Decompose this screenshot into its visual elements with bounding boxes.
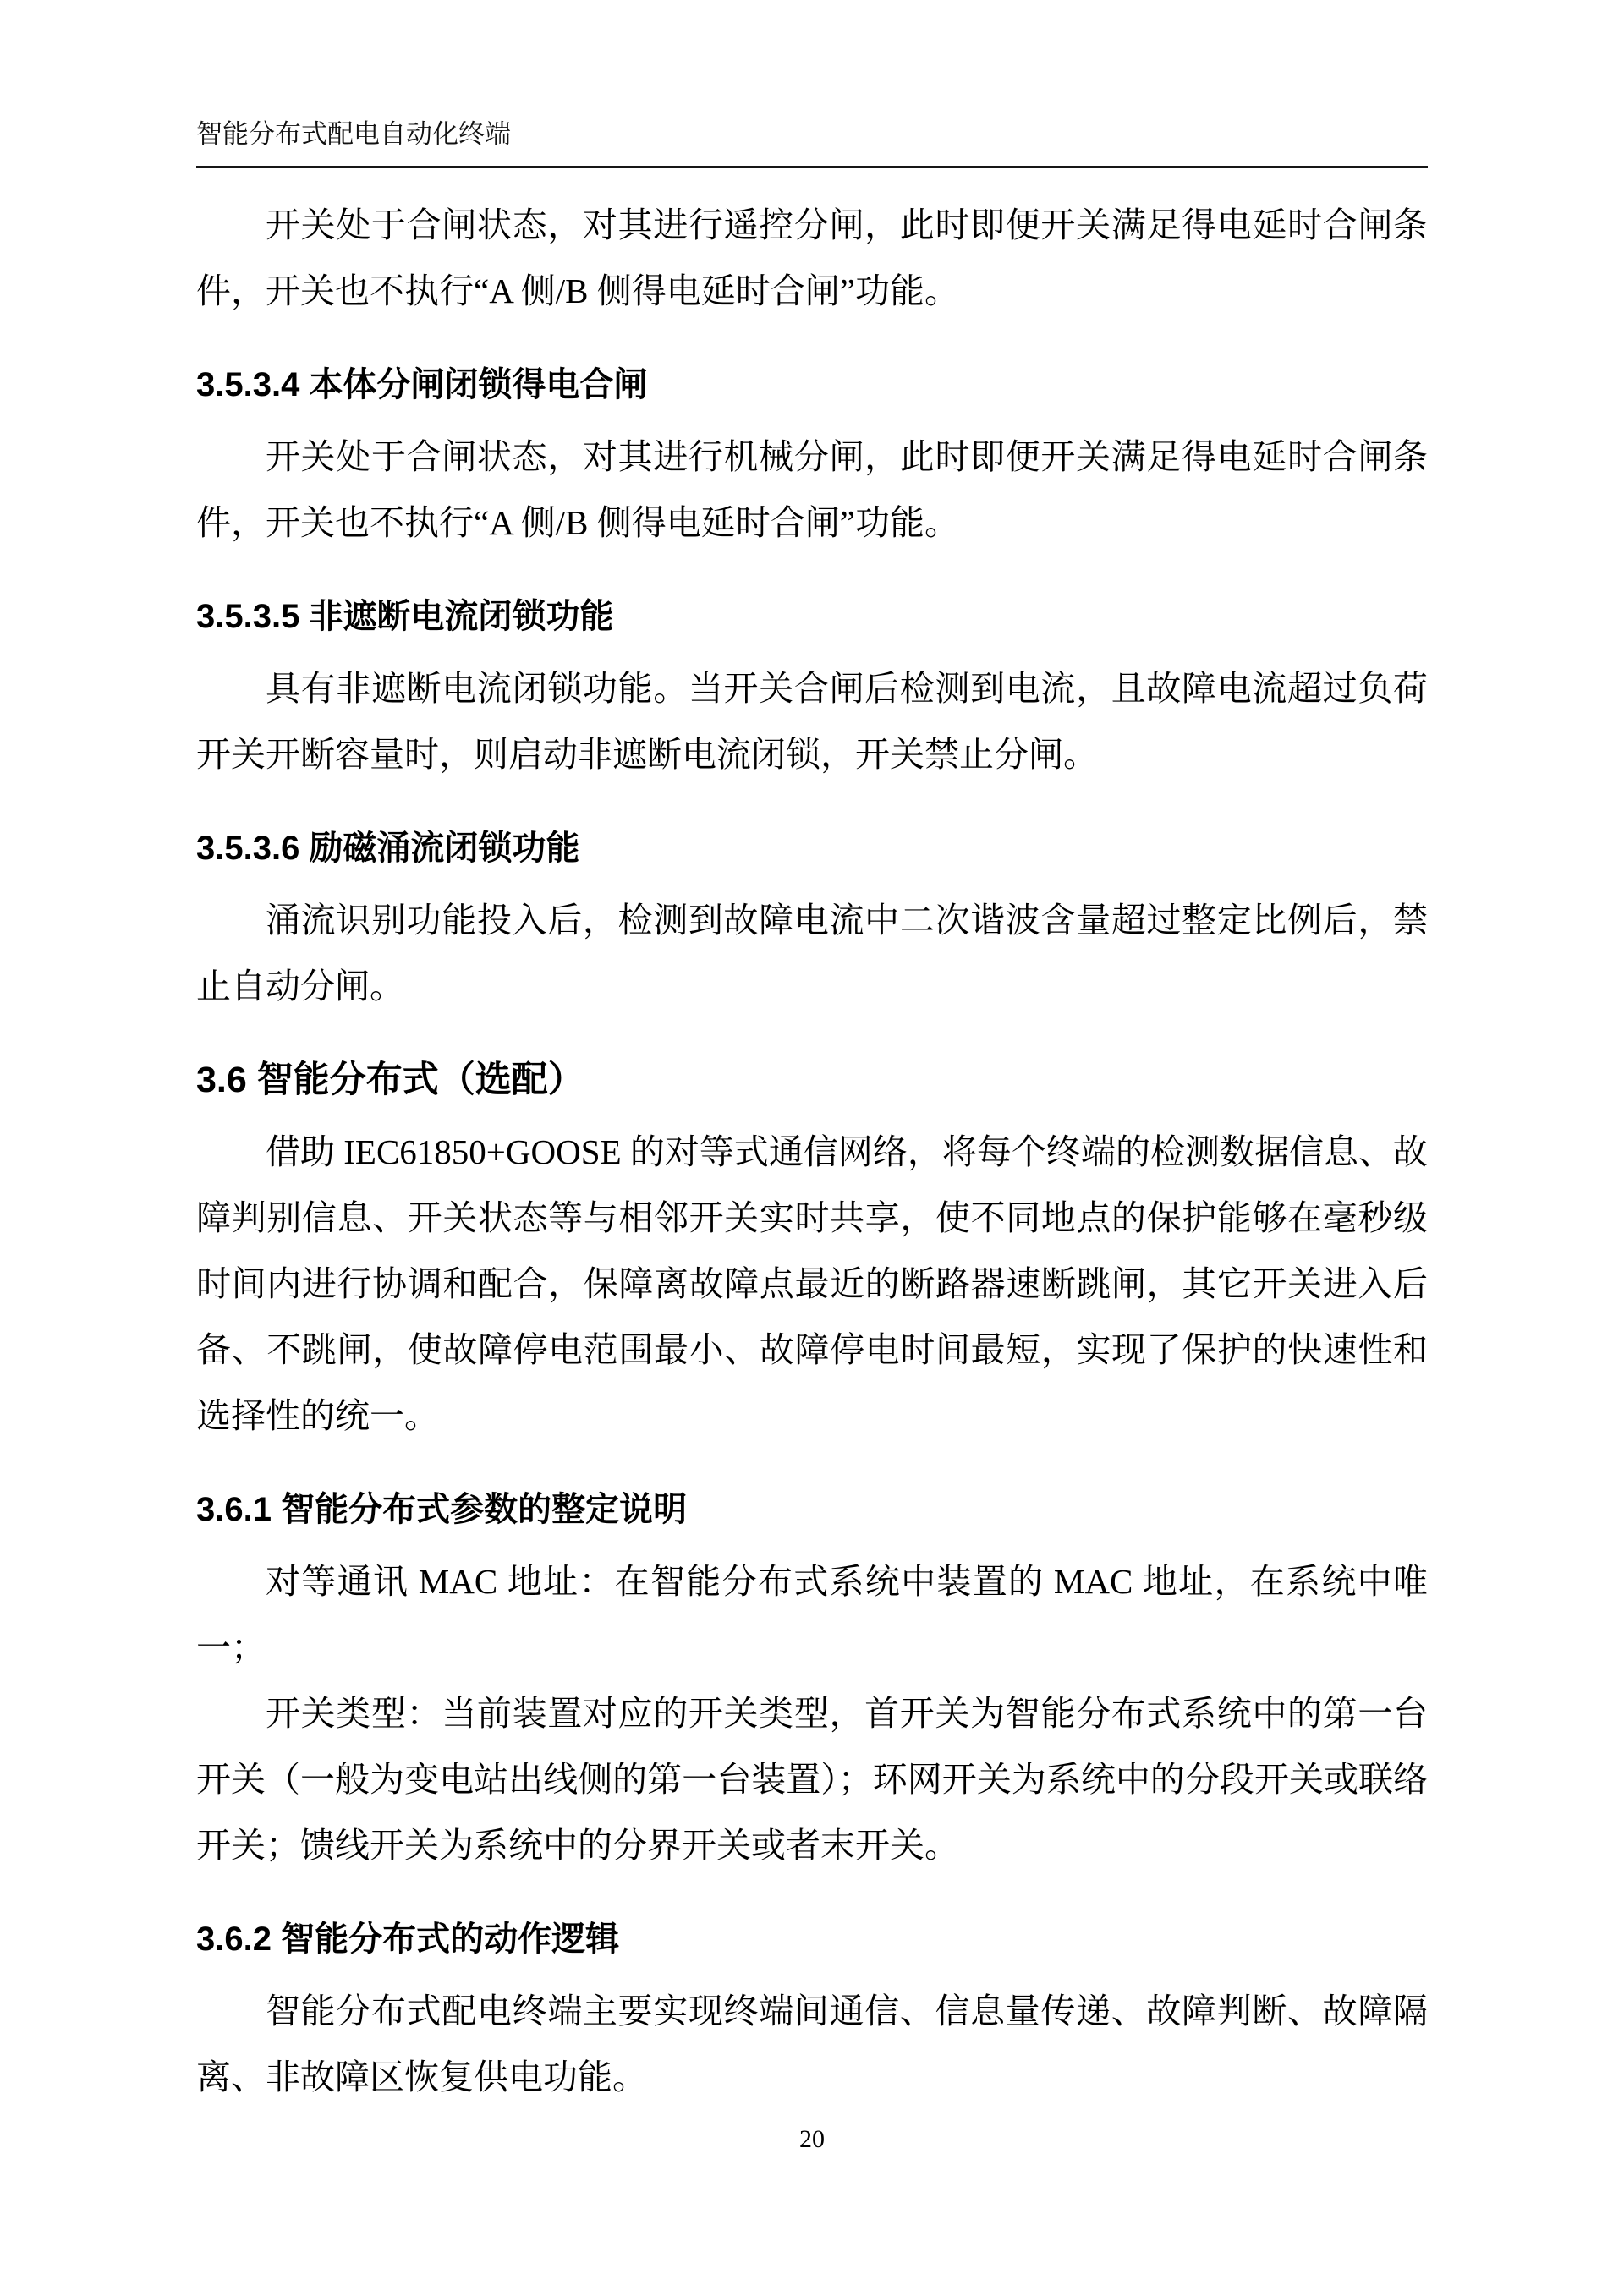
- paragraph-mac-address-setting: 对等通讯 MAC 地址：在智能分布式系统中装置的 MAC 地址，在系统中唯一；: [196, 1548, 1428, 1680]
- section-heading-3-5-3-6: 3.5.3.6 励磁涌流闭锁功能: [196, 821, 1428, 875]
- paragraph-goose-network-description: 借助 IEC61850+GOOSE 的对等式通信网络，将每个终端的检测数据信息、…: [196, 1119, 1428, 1449]
- section-heading-3-5-3-5: 3.5.3.5 非遮断电流闭锁功能: [196, 589, 1428, 644]
- page-content: 智能分布式配电自动化终端 开关处于合闸状态，对其进行遥控分闸，此时即便开关满足得…: [196, 117, 1428, 2110]
- page-header: 智能分布式配电自动化终端: [196, 117, 1428, 168]
- section-heading-3-6-1: 3.6.1 智能分布式参数的整定说明: [196, 1482, 1428, 1537]
- paragraph-switch-type-setting: 开关类型：当前装置对应的开关类型，首开关为智能分布式系统中的第一台开关（一般为变…: [196, 1680, 1428, 1878]
- section-heading-3-6-2: 3.6.2 智能分布式的动作逻辑: [196, 1912, 1428, 1966]
- paragraph-mechanical-trip-lockout: 开关处于合闸状态，对其进行机械分闸，此时即便开关满足得电延时合闸条件，开关也不执…: [196, 424, 1428, 556]
- paragraph-remote-trip-lockout: 开关处于合闸状态，对其进行遥控分闸，此时即便开关满足得电延时合闸条件，开关也不执…: [196, 192, 1428, 324]
- page-number: 20: [0, 2125, 1624, 2154]
- paragraph-inrush-current-lockout: 涌流识别功能投入后，检测到故障电流中二次谐波含量超过整定比例后，禁止自动分闸。: [196, 887, 1428, 1019]
- paragraph-non-breaking-current-lockout: 具有非遮断电流闭锁功能。当开关合闸后检测到电流，且故障电流超过负荷开关开断容量时…: [196, 655, 1428, 787]
- document-page: 智能分布式配电自动化终端 开关处于合闸状态，对其进行遥控分闸，此时即便开关满足得…: [0, 0, 1624, 2296]
- paragraph-action-logic: 智能分布式配电终端主要实现终端间通信、信息量传递、故障判断、故障隔离、非故障区恢…: [196, 1978, 1428, 2110]
- section-heading-3-6: 3.6 智能分布式（选配）: [196, 1053, 1428, 1107]
- header-title: 智能分布式配电自动化终端: [196, 119, 511, 149]
- section-heading-3-5-3-4: 3.5.3.4 本体分闸闭锁得电合闸: [196, 358, 1428, 412]
